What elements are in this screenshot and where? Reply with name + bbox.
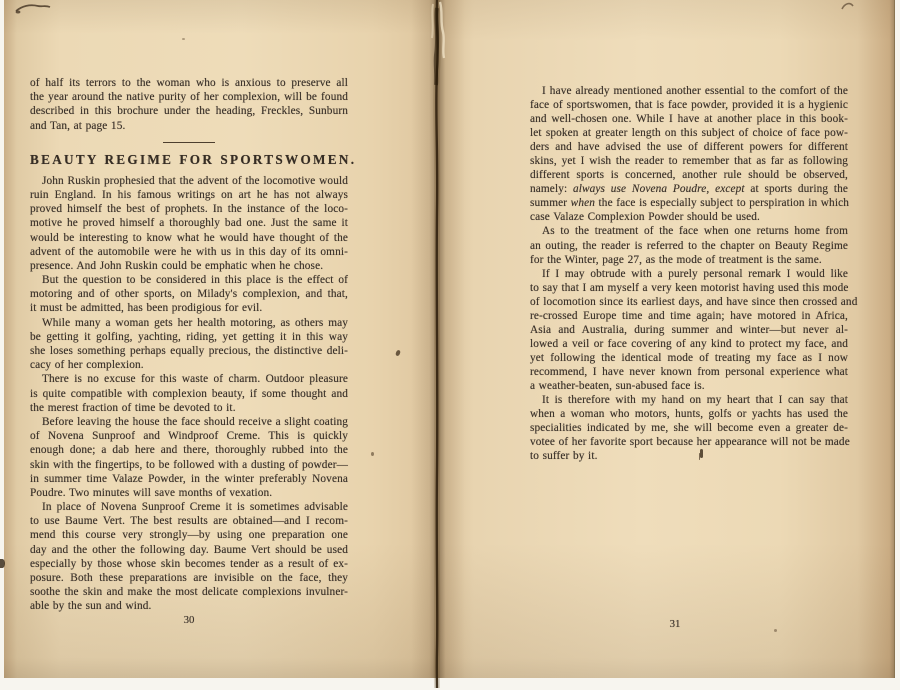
text-line: cacy of her complexion. <box>30 358 348 372</box>
text-line: posure. Both these preparations are invi… <box>30 571 348 585</box>
paragraph: But the question to be considered in thi… <box>30 273 348 316</box>
left-page-text-column: of half its terrors to the woman who is … <box>30 76 348 614</box>
text-line: to say that I am myself a very keen moto… <box>530 281 848 295</box>
section-divider-rule <box>163 142 215 143</box>
text-line: In place of Novena Sunproof Creme it is … <box>30 500 348 514</box>
page-number-left: 30 <box>30 614 348 626</box>
text-line: yet following the identical mode of trea… <box>530 351 848 365</box>
text-line: described in this brochure under the hea… <box>30 104 348 118</box>
binding-gutter-crack <box>416 0 458 690</box>
text-line: would be interesting to know what he wou… <box>30 231 348 245</box>
paragraph: While many a woman gets her health motor… <box>30 316 348 373</box>
text-line: motoring and of other sports, on Milady'… <box>30 287 348 301</box>
text-line: Asia and Australia, during summer and wi… <box>530 323 848 337</box>
text-line: in summer time Valaze Powder, in the win… <box>30 472 348 486</box>
text-line: While many a woman gets her health motor… <box>30 316 348 330</box>
text-line: a weather-beaten, sun-abused face is. <box>530 379 848 393</box>
text-line: different sports is concerned, another r… <box>530 168 848 182</box>
text-line: mend this course very strongly—by using … <box>30 528 348 542</box>
text-line: is quite compatible with complexion beau… <box>30 387 348 401</box>
text-line: and Tan, at page 15. <box>30 119 348 133</box>
text-line: of half its terrors to the woman who is … <box>30 76 348 90</box>
text-line: re-crossed Europe time and time again; h… <box>530 309 848 323</box>
right-page-paragraphs: I have already mentioned another essenti… <box>530 84 848 463</box>
paragraph: If I may obtrude with a purely personal … <box>530 267 848 393</box>
text-line: soothe the skin and make the most delica… <box>30 585 348 599</box>
text-line: As to the treatment of the face when one… <box>530 224 848 238</box>
text-line: especially by those whose skin becomes t… <box>30 557 348 571</box>
paragraph: Before leaving the house the face should… <box>30 415 348 500</box>
text-line: votee of her favorite sport because her … <box>530 435 848 449</box>
text-line: of locomotion since its earliest days, a… <box>530 295 848 309</box>
paragraph: of half its terrors to the woman who is … <box>30 76 348 133</box>
text-line: namely: always use Novena Poudre, except… <box>530 182 848 196</box>
text-line: proved himself the best of prophets. In … <box>30 202 348 216</box>
text-line: motive he proved himself a thoroughly ba… <box>30 216 348 230</box>
text-line: and well-chosen one. While I have at ano… <box>530 112 848 126</box>
text-line: skins, yet I wish the reader to remember… <box>530 154 848 168</box>
text-line: John Ruskin prophesied that the advent o… <box>30 174 348 188</box>
text-line: ders and have advised the use of differe… <box>530 140 848 154</box>
text-line: day and the other the following day. Bau… <box>30 543 348 557</box>
text-line: of Novena Sunproof and Windproof Creme. … <box>30 429 348 443</box>
text-line: There is no excuse for this waste of cha… <box>30 372 348 386</box>
text-line: let spoken at greater length on this sub… <box>530 126 848 140</box>
text-line: the year around the native purity of her… <box>30 90 348 104</box>
text-line: I have already mentioned another essenti… <box>530 84 848 98</box>
paragraph: As to the treatment of the face when one… <box>530 224 848 266</box>
text-line: skin with the fingertips, to be followed… <box>30 458 348 472</box>
text-line: ruin England. In his famous writings on … <box>30 188 348 202</box>
paragraph: It is therefore with my hand on my heart… <box>530 393 848 463</box>
section-heading: BEAUTY REGIME FOR SPORTSWOMEN. <box>30 151 348 168</box>
paragraph: I have already mentioned another essenti… <box>530 84 848 224</box>
text-line: face of sportswomen, that is face powder… <box>530 98 848 112</box>
text-line: recommend, I have never known from perso… <box>530 365 848 379</box>
text-line: able by the sun and wind. <box>30 599 348 613</box>
book-scan: of half its terrors to the woman who is … <box>0 0 900 690</box>
text-line: summer when the face is especially subje… <box>530 196 848 210</box>
text-line: But the question to be considered in thi… <box>30 273 348 287</box>
text-line: It is therefore with my hand on my heart… <box>530 393 848 407</box>
text-line: to suffer by it. <box>530 449 848 463</box>
left-page-paragraphs: John Ruskin prophesied that the advent o… <box>30 174 348 614</box>
text-line: case Valaze Complexion Powder should be … <box>530 210 848 224</box>
text-line: lowed a veil or face covering of any kin… <box>530 337 848 351</box>
text-line: for the Winter, page 27, as the mode of … <box>530 253 848 267</box>
text-line: the merest fraction of time be devoted t… <box>30 401 348 415</box>
paragraph: John Ruskin prophesied that the advent o… <box>30 174 348 273</box>
text-line: she loses something perhaps equally prec… <box>30 344 348 358</box>
text-line: advent of the automobile were he with us… <box>30 245 348 259</box>
text-line: an outing, the reader is referred to the… <box>530 239 848 253</box>
text-line: specialities indicated by me, she will b… <box>530 421 848 435</box>
right-page-text-column: I have already mentioned another essenti… <box>530 84 848 463</box>
continuation-paragraph: of half its terrors to the woman who is … <box>30 76 348 133</box>
paragraph: In place of Novena Sunproof Creme it is … <box>30 500 348 614</box>
paragraph: There is no excuse for this waste of cha… <box>30 372 348 415</box>
text-line: when a woman who motors, hunts, golfs or… <box>530 407 848 421</box>
text-line: presence. And John Ruskin could be empha… <box>30 259 348 273</box>
text-line: Before leaving the house the face should… <box>30 415 348 429</box>
page-number-right: 31 <box>516 618 834 630</box>
text-line: to use Baume Vert. The best results are … <box>30 514 348 528</box>
text-line: it must be admitted, has been prodigious… <box>30 301 348 315</box>
text-line: enough done; a dab here and there, thoro… <box>30 443 348 457</box>
text-line: Poudre. Two minutes will save months of … <box>30 486 348 500</box>
text-line: be getting it golfing, yachting, riding,… <box>30 330 348 344</box>
text-line: If I may obtrude with a purely personal … <box>530 267 848 281</box>
